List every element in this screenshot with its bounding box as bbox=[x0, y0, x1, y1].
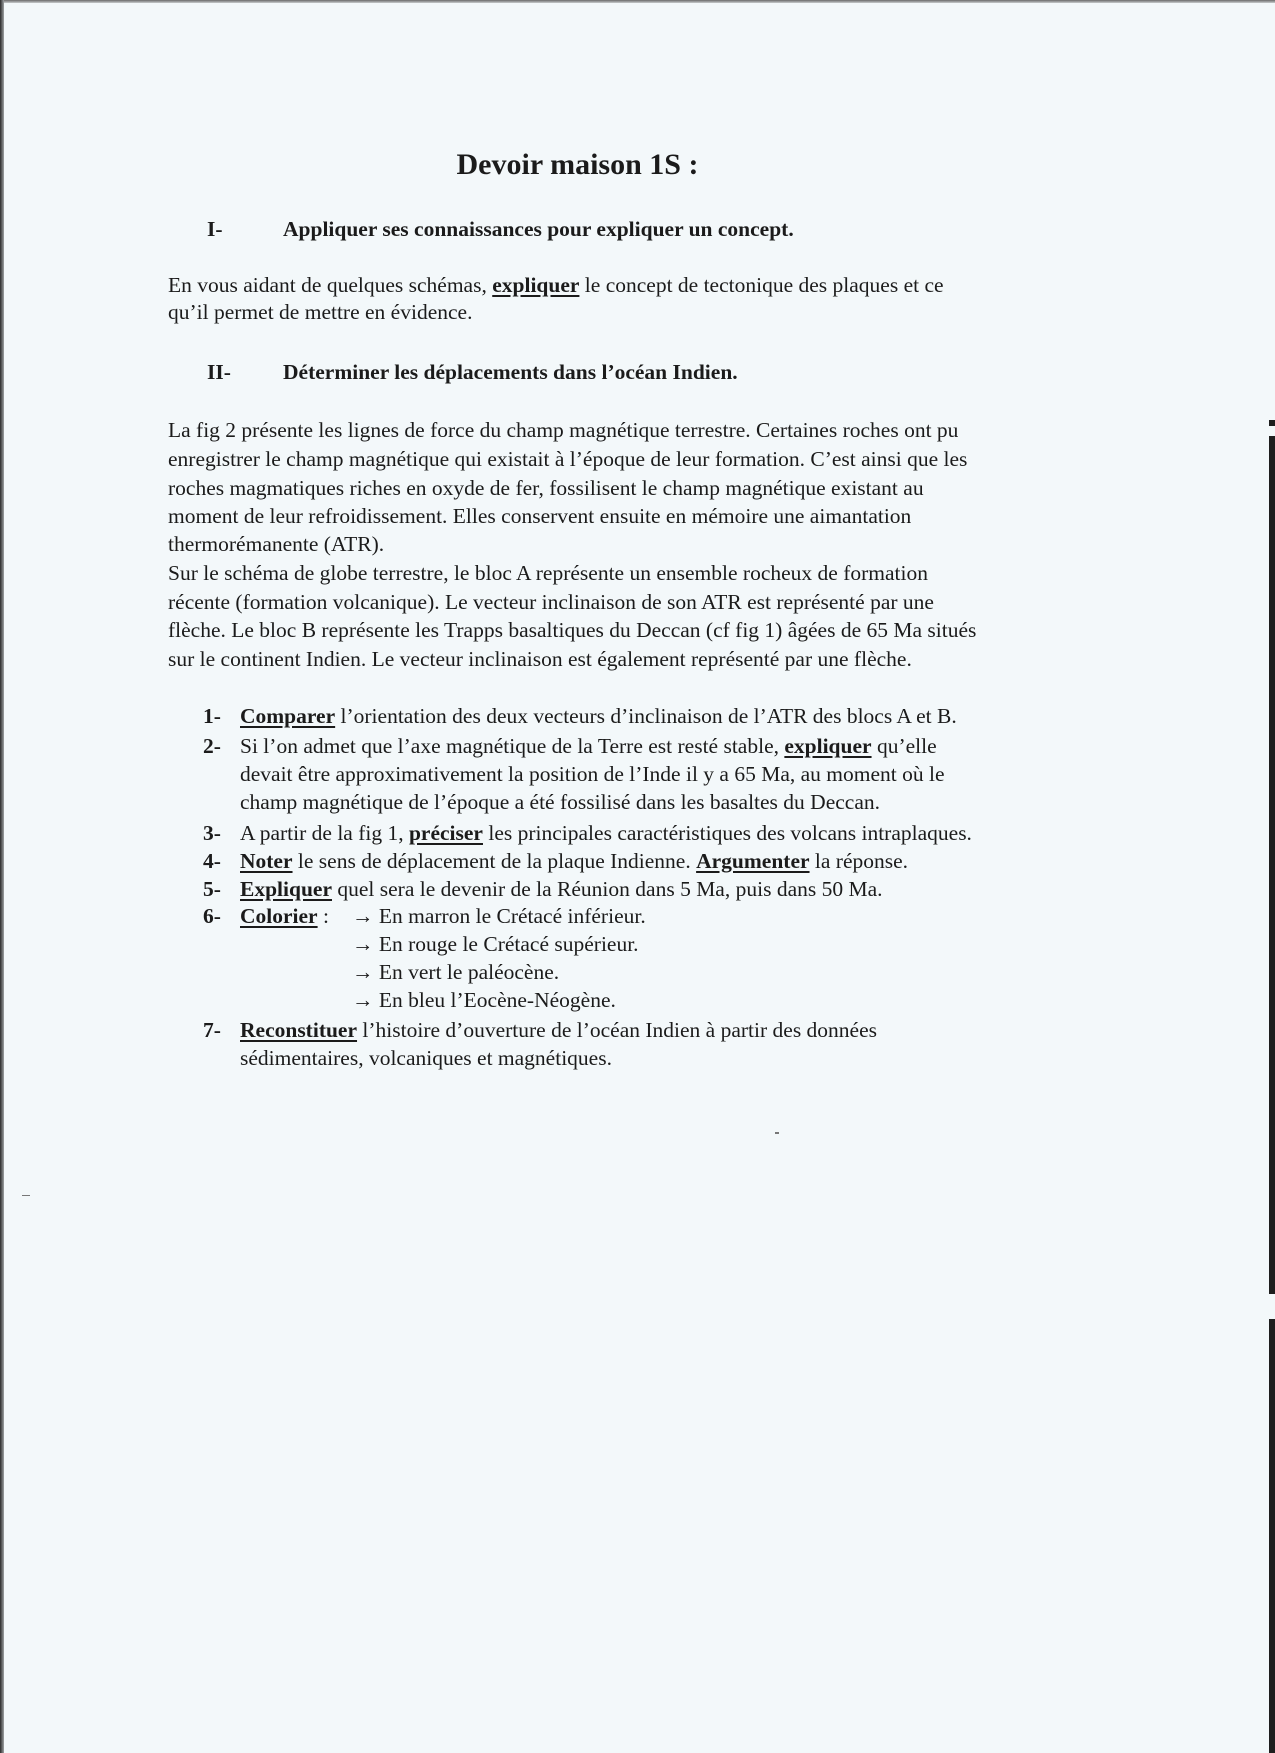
section-1-paragraph-line-2: qu’il permet de mettre en évidence. bbox=[168, 299, 472, 325]
section-2-paragraph-line: moment de leur refroidissement. Elles co… bbox=[168, 503, 911, 529]
color-item: → En rouge le Crétacé supérieur. bbox=[352, 931, 639, 957]
arrow-right-icon: → bbox=[352, 988, 374, 1012]
section-2-paragraph-line: La fig 2 présente les lignes de force du… bbox=[168, 417, 958, 443]
text: quel sera le devenir de la Réunion dans … bbox=[332, 877, 883, 901]
text: En vert le paléocène. bbox=[379, 960, 559, 984]
keyword-colorier: Colorier bbox=[240, 904, 318, 928]
text: A partir de la fig 1, bbox=[240, 821, 409, 845]
keyword-expliquer: expliquer bbox=[784, 734, 871, 758]
keyword-comparer: Comparer bbox=[240, 704, 335, 728]
section-2-number: II- bbox=[207, 359, 231, 385]
section-1-number: I- bbox=[207, 216, 223, 242]
text: les principales caractéristiques des vol… bbox=[483, 821, 972, 845]
text: qu’elle bbox=[872, 734, 937, 758]
keyword-reconstituer: Reconstituer bbox=[240, 1018, 357, 1042]
text: le sens de déplacement de la plaque Indi… bbox=[293, 849, 697, 873]
question-2-continuation: devait être approximativement la positio… bbox=[240, 761, 945, 787]
text: Si l’on admet que l’axe magnétique de la… bbox=[240, 734, 784, 758]
section-1-paragraph-line-1: En vous aidant de quelques schémas, expl… bbox=[168, 272, 944, 298]
question-7-continuation: sédimentaires, volcaniques et magnétique… bbox=[240, 1045, 612, 1071]
question-7-number: 7- bbox=[203, 1017, 221, 1043]
keyword-expliquer: Expliquer bbox=[240, 877, 332, 901]
question-4: Noter le sens de déplacement de la plaqu… bbox=[240, 848, 908, 874]
scan-border-right bbox=[1269, 436, 1275, 1294]
text: l’orientation des deux vecteurs d’inclin… bbox=[335, 704, 957, 728]
page-title: Devoir maison 1S : bbox=[0, 148, 1155, 182]
arrow-right-icon: → bbox=[352, 904, 374, 928]
question-1-number: 1- bbox=[203, 703, 221, 729]
question-6-label: Colorier : bbox=[240, 903, 329, 929]
arrow-right-icon: → bbox=[352, 960, 374, 984]
section-2-paragraph-line: récente (formation volcanique). Le vecte… bbox=[168, 589, 934, 615]
text: la réponse. bbox=[810, 849, 909, 873]
question-2-continuation: champ magnétique de l’époque a été fossi… bbox=[240, 789, 880, 815]
section-2-paragraph-line: enregistrer le champ magnétique qui exis… bbox=[168, 446, 967, 472]
keyword-expliquer: expliquer bbox=[492, 273, 579, 297]
section-2-paragraph-line: Sur le schéma de globe terrestre, le blo… bbox=[168, 560, 928, 586]
color-item: → En vert le paléocène. bbox=[352, 959, 559, 985]
scan-speck bbox=[22, 1195, 30, 1196]
question-2-number: 2- bbox=[203, 733, 221, 759]
text: En bleu l’Eocène-Néogène. bbox=[379, 988, 616, 1012]
question-7: Reconstituer l’histoire d’ouverture de l… bbox=[240, 1017, 877, 1043]
section-2-paragraph-line: sur le continent Indien. Le vecteur incl… bbox=[168, 646, 912, 672]
question-2: Si l’on admet que l’axe magnétique de la… bbox=[240, 733, 937, 759]
scan-border-top bbox=[0, 0, 1275, 3]
question-5-number: 5- bbox=[203, 876, 221, 902]
section-2-heading: Déterminer les déplacements dans l’océan… bbox=[283, 359, 738, 385]
text: le concept de tectonique des plaques et … bbox=[579, 273, 943, 297]
question-3-number: 3- bbox=[203, 820, 221, 846]
section-2-paragraph-line: flèche. Le bloc B représente les Trapps … bbox=[168, 617, 976, 643]
keyword-noter: Noter bbox=[240, 849, 293, 873]
keyword-argumenter: Argumenter bbox=[696, 849, 809, 873]
scan-speck bbox=[775, 1132, 779, 1134]
section-2-paragraph-line: thermorémanente (ATR). bbox=[168, 531, 384, 557]
color-item: → En bleu l’Eocène-Néogène. bbox=[352, 987, 616, 1013]
question-3: A partir de la fig 1, préciser les princ… bbox=[240, 820, 972, 846]
section-1-heading: Appliquer ses connaissances pour expliqu… bbox=[283, 216, 794, 242]
text: : bbox=[318, 904, 329, 928]
scan-border-right-lower bbox=[1269, 1319, 1275, 1753]
question-5: Expliquer quel sera le devenir de la Réu… bbox=[240, 876, 883, 902]
question-6-number: 6- bbox=[203, 903, 221, 929]
scan-border-left bbox=[0, 0, 4, 1753]
arrow-right-icon: → bbox=[352, 932, 374, 956]
text: En rouge le Crétacé supérieur. bbox=[379, 932, 639, 956]
color-item: → En marron le Crétacé inférieur. bbox=[352, 903, 646, 929]
section-2-paragraph-line: roches magmatiques riches en oxyde de fe… bbox=[168, 475, 924, 501]
text: En vous aidant de quelques schémas, bbox=[168, 273, 492, 297]
question-1: Comparer l’orientation des deux vecteurs… bbox=[240, 703, 957, 729]
keyword-preciser: préciser bbox=[409, 821, 483, 845]
text: En marron le Crétacé inférieur. bbox=[379, 904, 646, 928]
question-4-number: 4- bbox=[203, 848, 221, 874]
scan-border-right-mark bbox=[1269, 420, 1275, 426]
text: l’histoire d’ouverture de l’océan Indien… bbox=[357, 1018, 877, 1042]
